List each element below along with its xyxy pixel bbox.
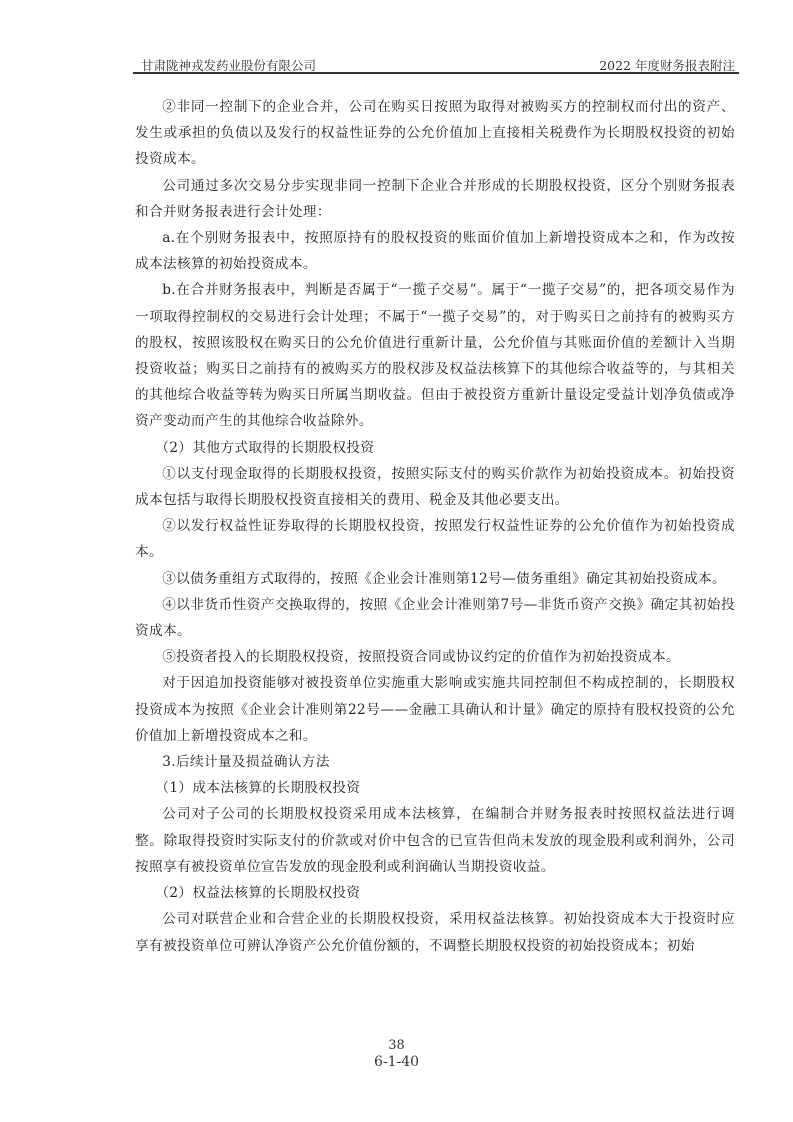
- paragraph: ②以发行权益性证券取得的长期股权投资，按照发行权益性证券的公允价值作为初始投资成…: [135, 513, 735, 565]
- header-divider: [133, 72, 739, 74]
- section-heading: （2）其他方式取得的长期股权投资: [135, 435, 735, 461]
- page-header: 甘肃陇神戎发药业股份有限公司 2022 年度财务报表附注: [133, 52, 739, 74]
- section-heading: （2）权益法核算的长期股权投资: [135, 880, 735, 906]
- section-heading: （1）成本法核算的长期股权投资: [135, 775, 735, 801]
- paragraph: a.在个别财务报表中，按照原持有的股权投资的账面价值加上新增投资成本之和，作为改…: [135, 225, 735, 277]
- document-code: 6-1-40: [0, 1054, 793, 1070]
- paragraph: 公司通过多次交易分步实现非同一控制下企业合并形成的长期股权投资，区分个别财务报表…: [135, 173, 735, 225]
- paragraph: 对于因追加投资能够对被投资单位实施重大影响或实施共同控制但不构成控制的，长期股权…: [135, 670, 735, 749]
- section-heading: 3.后续计量及损益确认方法: [135, 749, 735, 775]
- document-body: ②非同一控制下的企业合并，公司在购买日按照为取得对被购买方的控制权而付出的资产、…: [135, 94, 735, 959]
- paragraph: ④以非货币性资产交换取得的，按照《企业会计准则第7号—非货币资产交换》确定其初始…: [135, 592, 735, 644]
- paragraph: b.在合并财务报表中，判断是否属于“一揽子交易”。属于“一揽子交易”的，把各项交…: [135, 277, 735, 434]
- page-number: 38: [0, 1038, 793, 1053]
- paragraph: ⑤投资者投入的长期股权投资，按照投资合同或协议约定的价值作为初始投资成本。: [135, 644, 735, 670]
- paragraph: 公司对联营企业和合营企业的长期股权投资，采用权益法核算。初始投资成本大于投资时应…: [135, 906, 735, 958]
- paragraph: 公司对子公司的长期股权投资采用成本法核算，在编制合并财务报表时按照权益法进行调整…: [135, 801, 735, 880]
- paragraph: ①以支付现金取得的长期股权投资，按照实际支付的购买价款作为初始投资成本。初始投资…: [135, 461, 735, 513]
- paragraph: ③以债务重组方式取得的，按照《企业会计准则第12号—债务重组》确定其初始投资成本…: [135, 566, 735, 592]
- paragraph: ②非同一控制下的企业合并，公司在购买日按照为取得对被购买方的控制权而付出的资产、…: [135, 94, 735, 173]
